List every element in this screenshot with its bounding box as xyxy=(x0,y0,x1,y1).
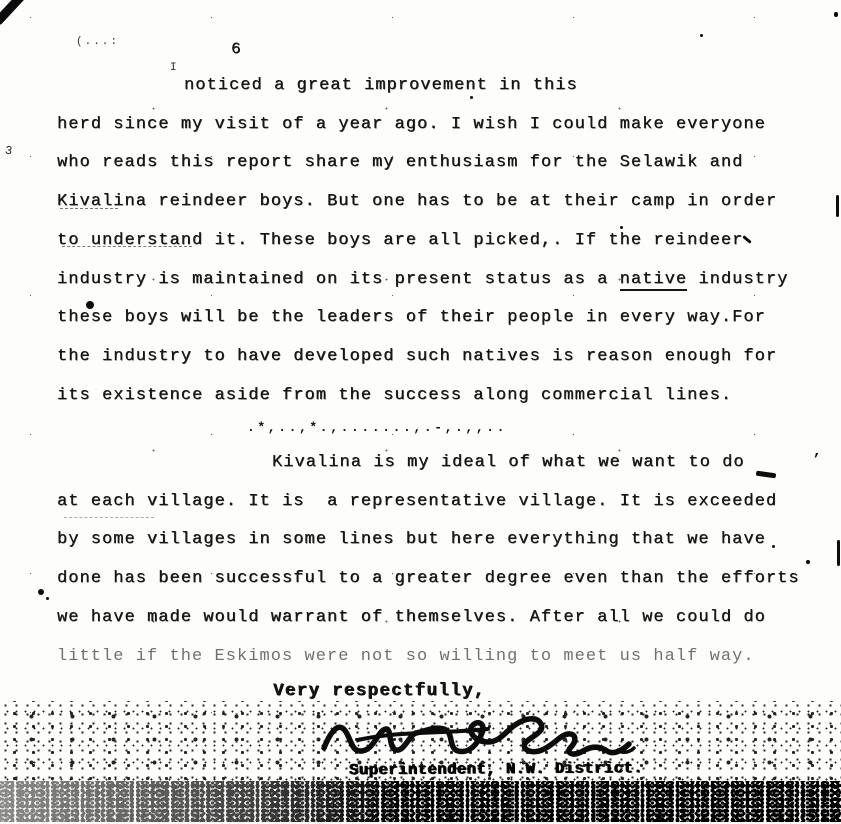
text-line: by some villages in some lines but here … xyxy=(57,521,800,560)
edge-tick xyxy=(837,540,840,566)
text-line: at each village. It is a representative … xyxy=(57,483,800,522)
text-segment: industry xyxy=(687,270,788,289)
text-line: done has been successful to a greater de… xyxy=(57,560,800,599)
text-line-native-underlined: industry is maintained on its present st… xyxy=(57,261,788,300)
text-line: Kivalina is my ideal of what we want to … xyxy=(57,444,800,483)
margin-ink-mark: 3 xyxy=(4,144,13,159)
pencil-note-mark: (...: xyxy=(76,36,119,48)
separator-dots: .*,..,*.,.......,.-,.,,.. xyxy=(247,420,507,435)
ink-speck xyxy=(38,589,44,595)
text-line: its existence aside from the success alo… xyxy=(57,377,788,416)
paragraph-1: noticed a great improvement in this herd… xyxy=(57,67,788,415)
ink-speck xyxy=(806,560,810,564)
page-number: 6 xyxy=(231,40,242,58)
text-line: noticed a great improvement in this xyxy=(57,67,788,106)
ink-speck xyxy=(86,301,94,309)
text-line: we have made would warrant of themselves… xyxy=(57,599,800,638)
signature-scrawl xyxy=(318,698,658,778)
ink-speck xyxy=(700,34,703,37)
text-line: to understand it. These boys are all pic… xyxy=(57,222,788,261)
ink-speck xyxy=(470,96,473,99)
text-line: herd since my visit of a year ago. I wis… xyxy=(57,106,788,145)
edge-tick xyxy=(836,195,839,217)
text-segment: industry is maintained on its present st… xyxy=(57,270,620,289)
paragraph-2: Kivalina is my ideal of what we want to … xyxy=(57,444,800,676)
text-line: Kivalina reindeer boys. But one has to b… xyxy=(57,183,788,222)
ink-speck xyxy=(772,545,775,548)
text-line: these boys will be the leaders of their … xyxy=(57,299,788,338)
edge-tick xyxy=(834,12,838,17)
ink-speck xyxy=(46,597,49,600)
text-line: the industry to have developed such nati… xyxy=(57,338,788,377)
text-line-faded: little if the Eskimos were not so willin… xyxy=(57,638,800,677)
scanned-letter-page: (...: 6 I 3 noticed a great improvement … xyxy=(0,0,841,824)
ink-speck xyxy=(620,226,623,229)
scan-fold-mark xyxy=(0,0,48,25)
underlined-word: native xyxy=(620,270,688,291)
stray-quote-mark: ’ xyxy=(812,452,821,469)
scan-noise-band-dense xyxy=(0,781,841,822)
scan-noise-fade xyxy=(0,781,841,822)
text-line: who reads this report share my enthusias… xyxy=(57,144,788,183)
